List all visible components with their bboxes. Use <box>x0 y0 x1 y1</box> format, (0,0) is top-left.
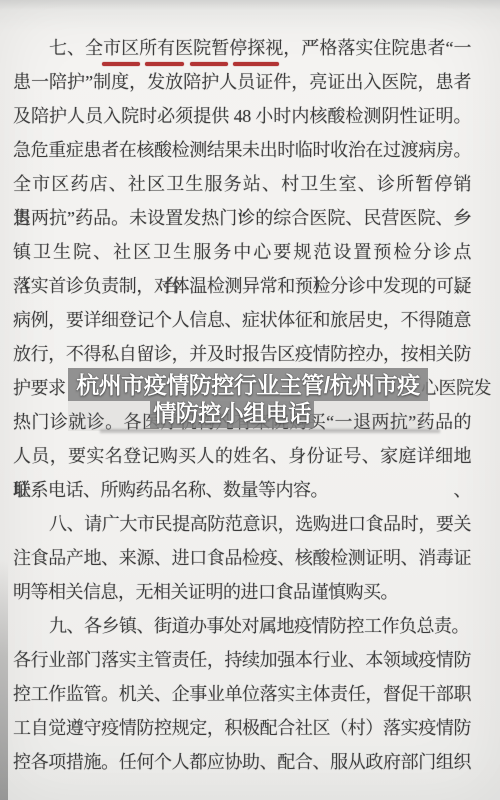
doc-line: 九、各乡镇、街道办事处对属地疫情防控工作负总责。 <box>13 609 471 643</box>
doc-line: 八、请广大市民提高防范意识，选购进口食品时，要关 <box>13 507 471 541</box>
doc-line: 人员，要实名登记购买人的姓名、身份证号、家庭详细地址、 <box>13 439 471 473</box>
red-underline-mark <box>190 62 228 66</box>
photo-left-edge-shadow <box>0 560 8 800</box>
doc-line: 工自觉遵守疫情防控规定，积极配合社区（村）落实疫情防 <box>13 711 471 745</box>
subtitle-overlay-line-1: 杭州市疫情防控行业主管/杭州市疫 <box>68 368 428 401</box>
photo-top-shade <box>0 0 500 10</box>
red-underline-mark <box>145 62 184 66</box>
doc-line: 注食品产地、来源、进口食品检疫、核酸检测证明、消毒证 <box>13 541 471 575</box>
doc-line: 退两抗”药品。未设置发热门诊的综合医院、民营医院、乡 <box>13 201 471 235</box>
doc-line: 明等相关信息，无相关证明的进口食品谨慎购买。 <box>13 575 471 609</box>
doc-line: 急危重症患者在核酸检测结果未出时临时收治在过渡病房。 <box>13 133 471 167</box>
doc-line: 及陪护人员入院时必须提供 48 小时内核酸检测阴性证明。 <box>13 99 471 133</box>
doc-line: 患一陪护”制度，发放陪护人员证件，亮证出入医院，患者 <box>13 65 471 99</box>
doc-line: 落实首诊负责制，对体温检测异常和预检分诊中发现的可疑 <box>13 269 471 303</box>
doc-line: 七、全市区所有医院暂停探视，严格落实住院患者“一 <box>13 31 471 65</box>
doc-line: 镇卫生院、社区卫生服务中心要规范设置预检分诊点（台）、 <box>13 235 471 269</box>
subtitle-overlay-line-2: 情防控小组电话 <box>150 401 314 428</box>
doc-line: 联系电话、所购药品名称、数量等内容。 <box>13 473 471 507</box>
doc-line: 全市区药店、社区卫生服务站、村卫生室、诊所暂停销售“一 <box>13 167 471 201</box>
doc-line: 放行，不得私自留诊，并及时报告区疫情防控办，按相关防 <box>13 337 471 371</box>
red-underline-mark <box>233 62 279 66</box>
doc-line: 病例，要详细登记个人信息、症状体征和旅居史，不得随意 <box>13 303 471 337</box>
doc-line-fragment-right: 心医院发 <box>421 371 491 405</box>
doc-line-fragment-left: 护要求 <box>13 371 66 405</box>
red-underline-mark <box>102 62 140 66</box>
document-photo: 七、全市区所有医院暂停探视，严格落实住院患者“一患一陪护”制度，发放陪护人员证件… <box>0 0 500 800</box>
doc-line: 控工作监管。机关、企事业单位落实主体责任，督促干部职 <box>13 677 471 711</box>
doc-line: 控各项措施。任何个人都应协助、配合、服从政府部门组织 <box>13 745 471 779</box>
doc-line: 各行业部门落实主管责任，持续加强本行业、本领域疫情防 <box>13 643 471 677</box>
